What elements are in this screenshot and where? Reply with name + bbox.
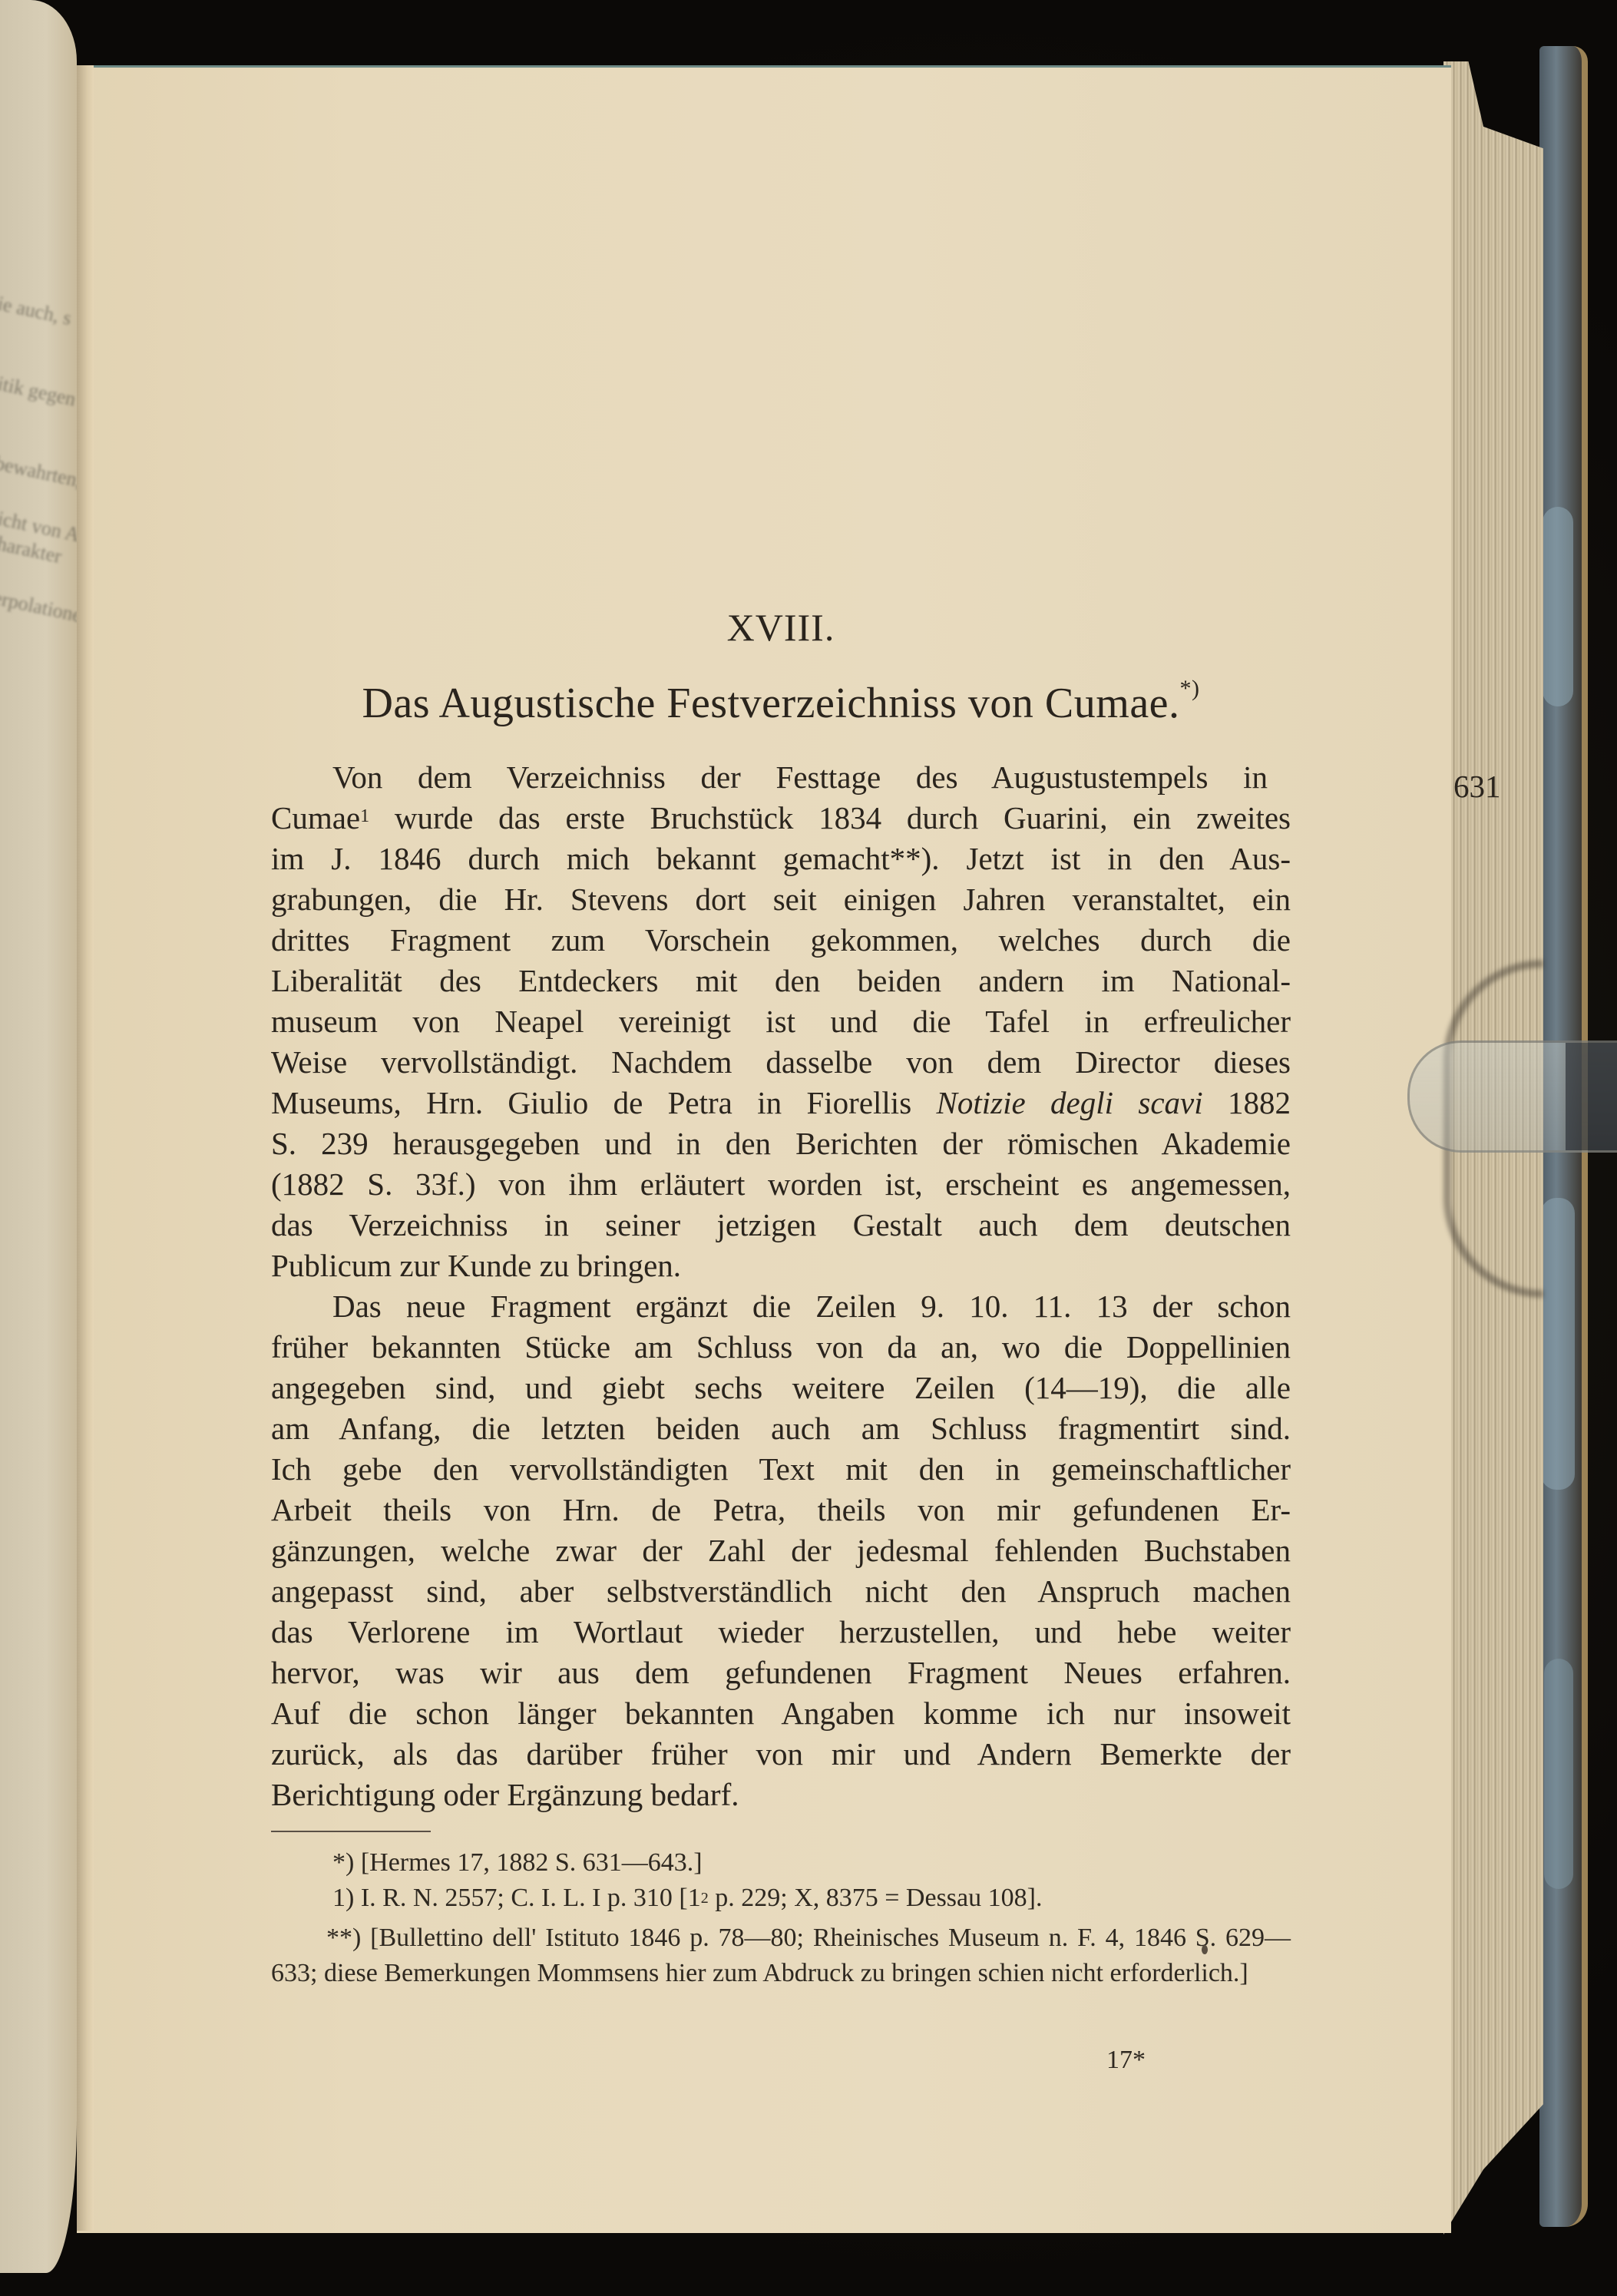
footnote-1: 1) I. R. N. 2557; C. I. L. I p. 310 [12 …	[271, 1881, 1291, 1916]
text-line: das Verlorene im Wortlaut wieder herzust…	[271, 1612, 1291, 1653]
ghost-line: Interpolationen.	[0, 580, 50, 621]
text-line: Auf die schon länger bekannten Angaben k…	[271, 1693, 1291, 1734]
footnote-divider	[271, 1831, 431, 1832]
text-line: früher bekannten Stücke am Schluss von d…	[271, 1327, 1291, 1368]
superscript: 2	[701, 1890, 709, 1907]
footnote-mark: *)	[332, 1848, 354, 1877]
page-gutter	[77, 65, 94, 2231]
footnote-mark: 1)	[332, 1884, 354, 1912]
signature-mark: 17*	[1106, 2046, 1146, 2075]
footnotes: *) [Hermes 17, 1882 S. 631—643.] 1) I. R…	[271, 1845, 1291, 1991]
footnote-star: *) [Hermes 17, 1882 S. 631—643.]	[271, 1845, 1291, 1881]
text-line: angepasst sind, aber selbstverständlich …	[271, 1571, 1291, 1612]
text-fragment: 1882	[1228, 1085, 1291, 1120]
marginal-page-number: 631	[1453, 768, 1501, 805]
text-line: S. 239 herausgegeben und in den Berichte…	[271, 1123, 1291, 1164]
footnote-double-star: **) [Bullettino dell' Istituto 1846 p. 7…	[271, 1921, 1291, 1991]
text-line: Cumae1 wurde das erste Bruchstück 1834 d…	[271, 798, 1291, 839]
footnote-text: [Hermes 17, 1882 S. 631—643.]	[361, 1848, 703, 1877]
text-fragment: Cumae	[271, 800, 360, 835]
text-line: gänzungen, welche zwar der Zahl der jede…	[271, 1530, 1291, 1571]
text-line: grabungen, die Hr. Stevens dort seit ein…	[271, 879, 1291, 920]
italic-title: Notizie degli scavi	[937, 1085, 1203, 1120]
marbled-pattern	[1544, 1659, 1573, 1889]
footnote-text: I. R. N. 2557; C. I. L. I p. 310 [1	[361, 1884, 701, 1912]
ghost-line: die auch, s	[0, 289, 66, 330]
text-line: Berichtigung oder Ergänzung bedarf.	[271, 1775, 1291, 1815]
text-line: (1882 S. 33f.) von ihm erläutert worden …	[271, 1164, 1291, 1205]
left-page-showthrough-bottom: nicht von Augustus Interpolationen.	[0, 452, 77, 673]
footnote-ref-1[interactable]: 1	[360, 806, 369, 826]
body-text: Von dem Verzeichniss der Festtage des Au…	[271, 757, 1291, 1815]
footnote-text: [Bullettino dell' Istituto 1846 p. 78—80…	[271, 1924, 1291, 1987]
left-facing-page: die auch, s Politik gegen über bewahrten…	[0, 0, 77, 2273]
text-line: Von dem Verzeichniss der Festtage des Au…	[271, 757, 1268, 798]
text-fragment: wurde das erste Bruchstück 1834 durch Gu…	[395, 800, 1291, 835]
paper-speck	[1202, 1945, 1208, 1954]
text-line: museum von Neapel vereinigt ist und die …	[271, 1001, 1291, 1042]
text-line: drittes Fragment zum Vorschein gekommen,…	[271, 920, 1291, 961]
text-line: angegeben sind, und giebt sechs weitere …	[271, 1368, 1291, 1408]
bookmark-clip	[1407, 1040, 1617, 1153]
text-line: im J. 1846 durch mich bekannt gemacht**)…	[271, 839, 1291, 879]
text-line: Das neue Fragment ergänzt die Zeilen 9. …	[271, 1286, 1291, 1327]
book-page: XVIII. Das Augustische Festverzeichniss …	[77, 65, 1451, 2233]
footnote-mark: **)	[326, 1924, 361, 1952]
ghost-line: Politik gegen	[0, 365, 50, 406]
text-fragment: Museums, Hrn. Giulio de Petra in Fiorell…	[271, 1085, 911, 1120]
chapter-title: Das Augustische Festverzeichniss von Cum…	[271, 679, 1291, 728]
text-line: Publicum zur Kunde zu bringen.	[271, 1246, 1291, 1286]
text-line: hervor, was wir aus dem gefundenen Fragm…	[271, 1653, 1291, 1693]
text-line: Arbeit theils von Hrn. de Petra, theils …	[271, 1490, 1291, 1530]
text-line: Ich gebe den vervollständigten Text mit …	[271, 1449, 1291, 1490]
text-line: zurück, als das darüber früher von mir u…	[271, 1734, 1291, 1775]
ghost-line: nicht von Augustus	[0, 504, 66, 545]
text-line: am Anfang, die letzten beiden auch am Sc…	[271, 1408, 1291, 1449]
text-line: das Verzeichniss in seiner jetzigen Gest…	[271, 1205, 1291, 1246]
marbled-pattern	[1543, 507, 1573, 706]
text-line: Weise vervollständigt. Nachdem dasselbe …	[271, 1042, 1291, 1083]
chapter-title-footnote-mark[interactable]: *)	[1180, 676, 1200, 701]
chapter-title-text: Das Augustische Festverzeichniss von Cum…	[362, 680, 1179, 727]
chapter-number: XVIII.	[271, 605, 1291, 650]
showthrough-mark	[1121, 244, 1126, 269]
marbled-pattern	[1541, 1198, 1575, 1490]
text-line: Liberalität des Entdeckers mit den beide…	[271, 961, 1291, 1001]
footnote-text: p. 229; X, 8375 = Dessau 108].	[709, 1884, 1043, 1912]
text-line: Museums, Hrn. Giulio de Petra in Fiorell…	[271, 1083, 1291, 1123]
